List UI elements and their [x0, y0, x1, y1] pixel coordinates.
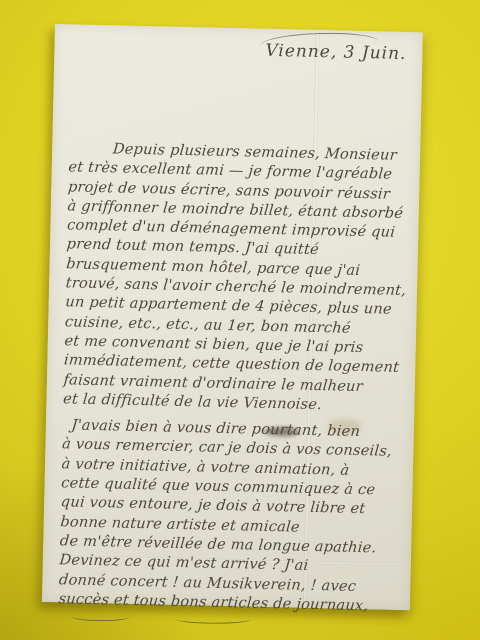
photo-background: Vienne, 3 Juin. Depuis plusieurs semaine…	[0, 0, 480, 640]
underline-flourish-center	[175, 618, 251, 624]
letter-paper: Vienne, 3 Juin. Depuis plusieurs semaine…	[42, 24, 423, 610]
underline-flourish-left	[72, 615, 130, 621]
letter-dateline: Vienne, 3 Juin.	[265, 41, 406, 64]
letter-body: Depuis plusieurs semaines, Monsieur et t…	[57, 138, 410, 630]
